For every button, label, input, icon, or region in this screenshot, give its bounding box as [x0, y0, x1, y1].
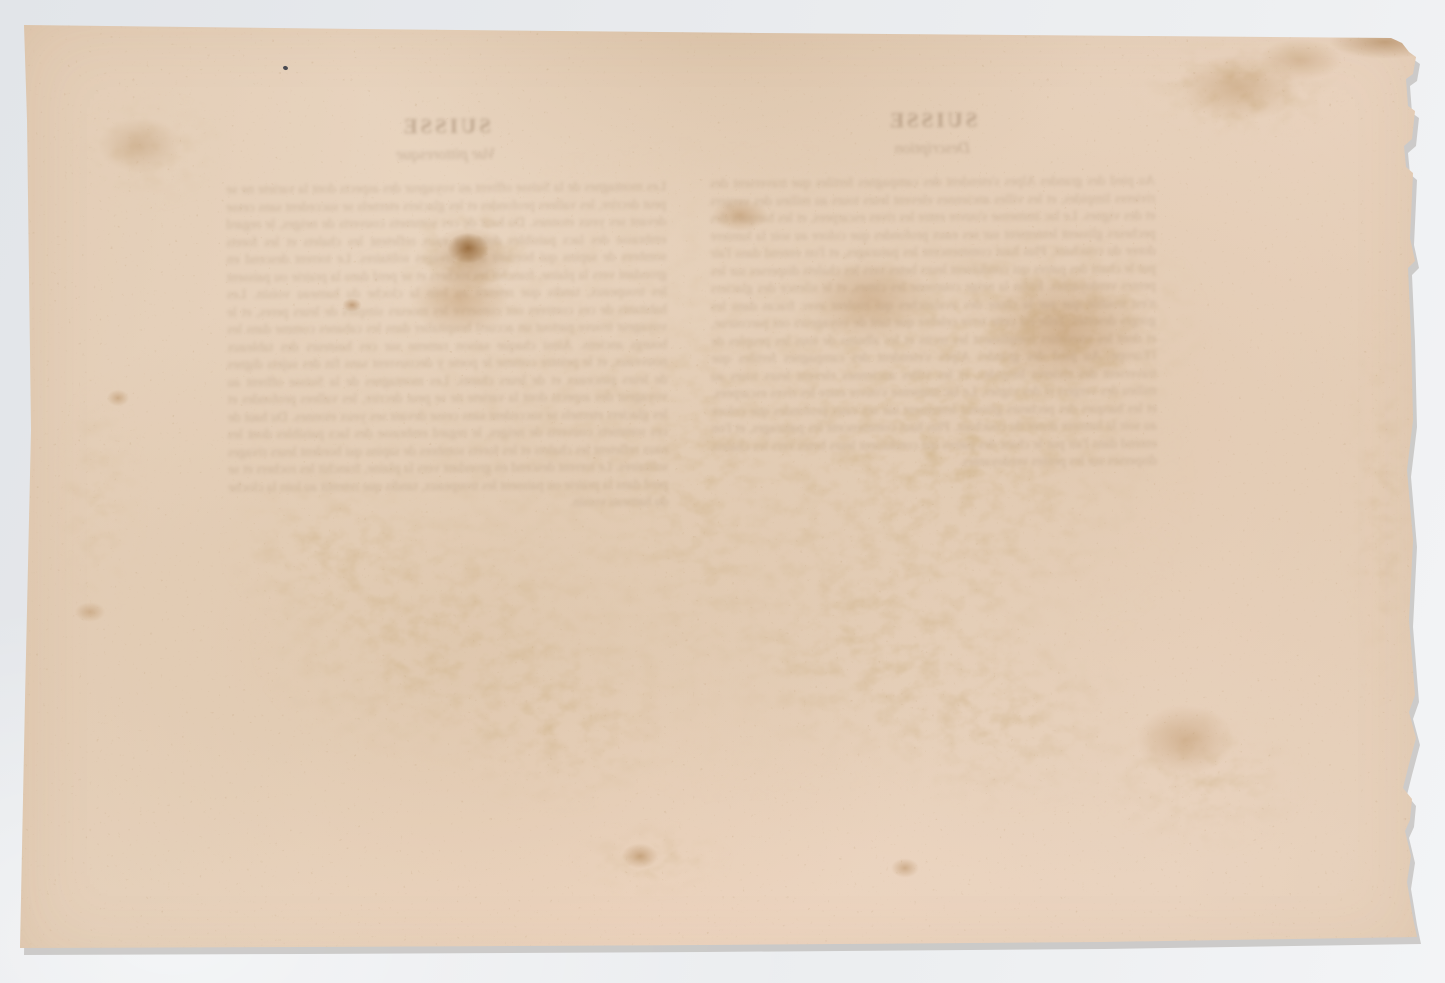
paper-sheet: SUISSE Vue pittoresque Les montagnes de …	[0, 0, 1445, 983]
paper-edge-shading	[0, 0, 1445, 983]
photo-background: SUISSE Vue pittoresque Les montagnes de …	[0, 0, 1445, 983]
